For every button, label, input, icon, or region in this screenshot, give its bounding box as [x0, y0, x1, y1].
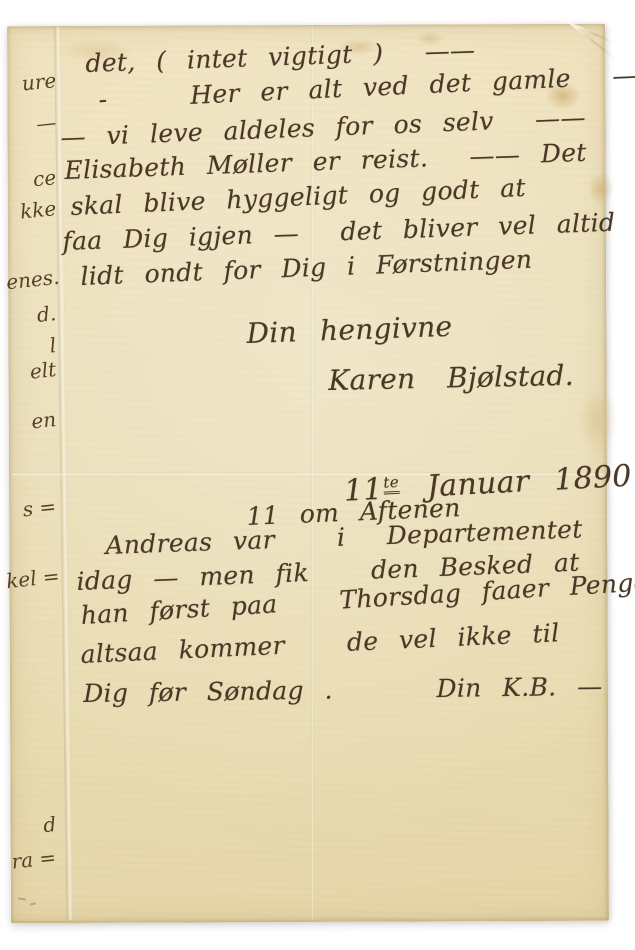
- date-ordinal-suffix: te: [383, 475, 399, 495]
- signature: Karen Bjølstad.: [328, 359, 574, 397]
- letter-scan: ure — ce kke enes. d. l elt en s = kel =…: [0, 0, 635, 950]
